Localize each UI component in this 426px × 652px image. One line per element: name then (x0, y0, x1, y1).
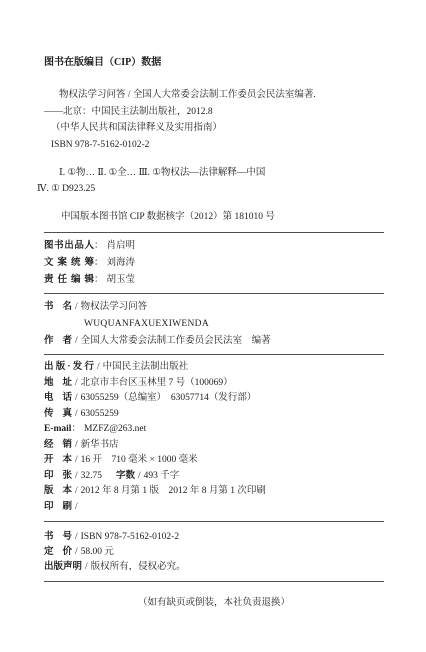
staff-block: 图书出品人：肖启明 文案统筹：刘海涛 责任编辑：胡玉莹 (44, 238, 384, 289)
field-separator: / (72, 547, 81, 557)
field-separator: / (72, 440, 81, 450)
field-label: 书名 (44, 299, 72, 316)
field-label: 印张 (44, 469, 72, 485)
divider (44, 581, 384, 582)
publishing-block: 出版·发行/中国民主法制出版社 地址/北京市丰台区玉林里 7 号（100069）… (44, 360, 384, 515)
copyright-page: 图书在版编目（CIP）数据 物权法学习问答 / 全国人大常委会法制工作委员会民法… (0, 0, 426, 652)
field-value: MZFZ@263.net (84, 424, 146, 434)
staff-row: 责任编辑：胡玉莹 (44, 272, 384, 289)
field-row-printer: 印刷/ (44, 500, 384, 516)
field-value: 16 开 710 毫米 × 1000 毫米 (81, 455, 198, 465)
staff-label: 责任编辑 (44, 272, 94, 289)
field-value: 中国民主法制出版社 (103, 362, 189, 372)
staff-value: 刘海涛 (107, 258, 136, 268)
field-label: 书号 (44, 530, 72, 545)
field-label: 版本 (44, 484, 72, 500)
footer-note: （如有缺页或倒装，本社负责退换） (44, 596, 384, 610)
cip-record-line: ——北京：中国民主法制出版社，2012.8 (44, 104, 384, 121)
field-row-author: 作者/全国人大常委会法制工作委员会民法室 编著 (44, 333, 384, 350)
field-value: 新华书店 (81, 440, 119, 450)
field-label: 电话 (44, 391, 72, 407)
field-value: 全国人大常委会法制工作委员会民法室 编著 (81, 336, 271, 346)
field-row-sheets: 印张/32.75字数/493 千字 (44, 469, 384, 485)
field-label: E-mail (44, 422, 71, 438)
field-separator: / (72, 409, 81, 419)
field-separator: / (72, 336, 81, 346)
field-value: 32.75 (81, 471, 102, 481)
field-separator: / (72, 393, 81, 403)
staff-label: 文案统筹 (44, 255, 94, 272)
field-value: 63055259（总编室） 63057714（发行部） (81, 393, 257, 403)
field-separator: / (72, 502, 81, 512)
field-separator: / (135, 471, 144, 481)
field-value: 物权法学习问答 (81, 302, 148, 312)
field-label: 开本 (44, 453, 72, 469)
pinyin-row: WUQUANFAXUEXIWENDA (44, 316, 384, 333)
cip-classification-block: Ⅰ. ①物… Ⅱ. ①全… Ⅲ. ①物权法—法律解释—中国 Ⅳ. ① D923.… (44, 165, 384, 197)
field-value: 63055259 (81, 409, 119, 419)
field-label: 印刷 (44, 500, 72, 516)
field-value: 493 千字 (144, 471, 180, 481)
pricing-block: 书号/ISBN 978-7-5162-0102-2 定价/58.00 元 出版声… (44, 530, 384, 575)
page-content: 图书在版编目（CIP）数据 物权法学习问答 / 全国人大常委会法制工作委员会民法… (0, 0, 426, 610)
staff-row: 图书出品人：肖启明 (44, 238, 384, 255)
field-separator: ： (71, 424, 84, 434)
field-separator: ： (94, 275, 107, 285)
field-separator: / (72, 486, 81, 496)
field-separator: / (72, 378, 81, 388)
staff-value: 胡玉莹 (107, 275, 136, 285)
staff-row: 文案统筹：刘海涛 (44, 255, 384, 272)
field-label: 定价 (44, 545, 72, 560)
field-separator: / (72, 302, 81, 312)
classification-line: Ⅰ. ①物… Ⅱ. ①全… Ⅲ. ①物权法—法律解释—中国 (44, 165, 384, 181)
staff-label: 图书出品人 (44, 238, 94, 255)
field-row-address: 地址/北京市丰台区玉林里 7 号（100069） (44, 376, 384, 392)
field-row-format: 开本/16 开 710 毫米 × 1000 毫米 (44, 453, 384, 469)
pinyin-subline: WUQUANFAXUEXIWENDA (44, 319, 209, 329)
field-row-distributor: 经销/新华书店 (44, 438, 384, 454)
cip-registration: 中国版本图书馆 CIP 数据核字（2012）第 181010 号 (44, 209, 384, 225)
field-value: 58.00 元 (81, 547, 114, 557)
field-row-isbn: 书号/ISBN 978-7-5162-0102-2 (44, 530, 384, 545)
field-separator: / (94, 362, 103, 372)
cip-record-line: ISBN 978-7-5162-0102-2 (44, 137, 384, 154)
field-row-phone: 电话/63055259（总编室） 63057714（发行部） (44, 391, 384, 407)
field-row-edition: 版本/2012 年 8 月第 1 版 2012 年 8 月第 1 次印刷 (44, 484, 384, 500)
field-row-title: 书名/物权法学习问答 (44, 299, 384, 316)
field-label: 地址 (44, 376, 72, 392)
divider (44, 293, 384, 294)
cip-record-line: （中华人民共和国法律释义及实用指南） (44, 120, 384, 137)
field-label: 字数 (102, 469, 135, 485)
staff-value: 肖启明 (107, 241, 136, 251)
field-separator: ： (94, 241, 107, 251)
field-label: 作者 (44, 333, 72, 350)
cip-record-block: 物权法学习问答 / 全国人大常委会法制工作委员会民法室编著. ——北京：中国民主… (44, 87, 384, 153)
field-separator: / (72, 532, 81, 542)
cip-record-line: 物权法学习问答 / 全国人大常委会法制工作委员会民法室编著. (44, 87, 384, 104)
divider (44, 232, 384, 233)
divider (44, 521, 384, 522)
field-separator: / (72, 471, 81, 481)
book-title-block: 书名/物权法学习问答 WUQUANFAXUEXIWENDA 作者/全国人大常委会… (44, 299, 384, 350)
field-row-price: 定价/58.00 元 (44, 545, 384, 560)
field-row-fax: 传真/63055259 (44, 407, 384, 423)
field-row-statement: 出版声明/版权所有，侵权必究。 (44, 560, 384, 575)
field-row-publisher: 出版·发行/中国民主法制出版社 (44, 360, 384, 376)
divider (44, 354, 384, 355)
field-separator: / (82, 562, 91, 572)
classification-line: Ⅳ. ① D923.25 (37, 181, 384, 197)
field-label: 经销 (44, 438, 72, 454)
field-value: 2012 年 8 月第 1 版 2012 年 8 月第 1 次印刷 (81, 486, 266, 496)
field-separator: / (72, 455, 81, 465)
field-row-email: E-mail：MZFZ@263.net (44, 422, 384, 438)
field-label: 出版·发行 (44, 360, 94, 376)
field-label: 出版声明 (44, 560, 82, 575)
cip-header: 图书在版编目（CIP）数据 (44, 57, 384, 69)
field-value: 北京市丰台区玉林里 7 号（100069） (81, 378, 233, 388)
field-separator: ： (94, 258, 107, 268)
field-value: 版权所有，侵权必究。 (91, 562, 186, 572)
field-value: ISBN 978-7-5162-0102-2 (81, 532, 179, 542)
field-label: 传真 (44, 407, 72, 423)
